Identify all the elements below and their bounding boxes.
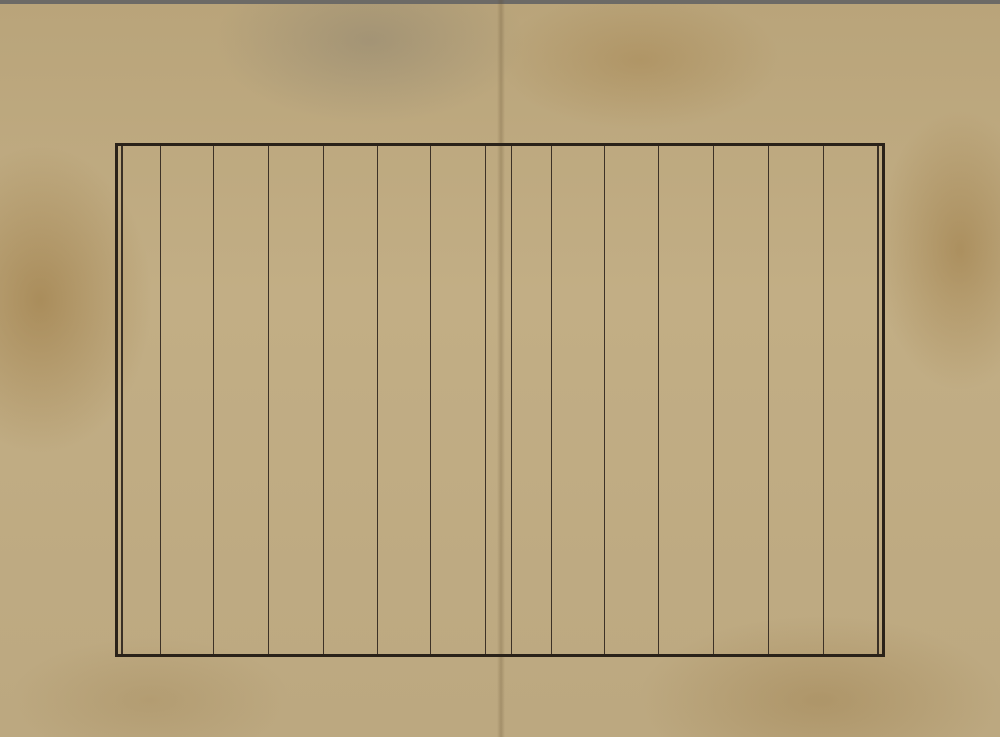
column-rule — [768, 146, 769, 654]
page-frame-border — [115, 143, 885, 657]
column-rule — [160, 146, 161, 654]
frame-inner-rule-left — [121, 146, 123, 654]
column-rule — [377, 146, 378, 654]
column-rule — [604, 146, 605, 654]
column-rule — [658, 146, 659, 654]
column-rule — [823, 146, 824, 654]
column-rule — [213, 146, 214, 654]
column-rule — [511, 146, 512, 654]
column-rule — [268, 146, 269, 654]
column-rule — [713, 146, 714, 654]
frame-inner-rule-right — [877, 146, 879, 654]
column-rule — [551, 146, 552, 654]
column-rule — [485, 146, 486, 654]
column-rule — [323, 146, 324, 654]
column-rule — [430, 146, 431, 654]
